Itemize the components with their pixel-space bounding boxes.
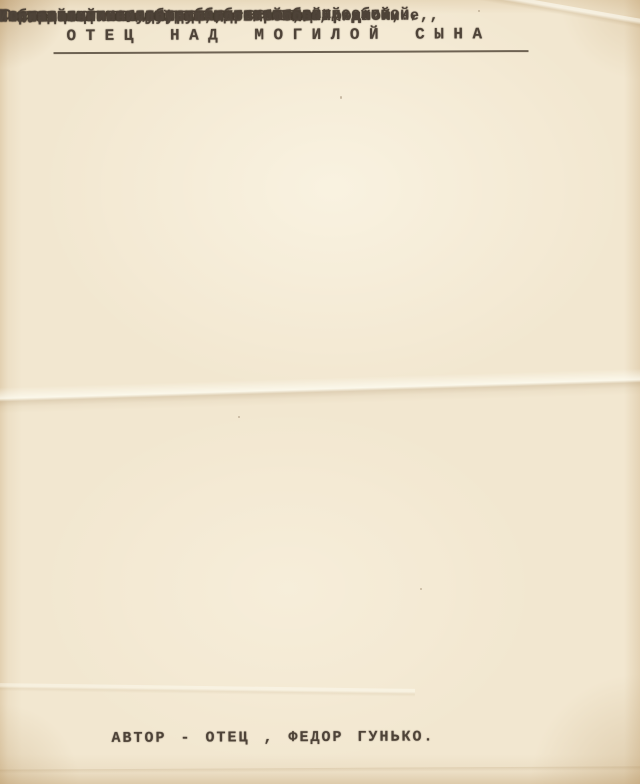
- typewritten-poem: ОТЕЦ НАД МОГИЛОЙ СЫНА Стою над могилой о…: [0, 0, 640, 784]
- paper-sheet: ОТЕЦ НАД МОГИЛОЙ СЫНА Стою над могилой о…: [0, 0, 640, 784]
- stanza-4: Остались как сирты мать- отец родной, и …: [0, 0, 638, 1]
- poem-line: И плакать они будут, до гробовой доски.: [0, 0, 410, 35]
- author-line: АВТОР - ОТЕЦ , ФЕДОР ГУНЬКО.: [111, 729, 434, 747]
